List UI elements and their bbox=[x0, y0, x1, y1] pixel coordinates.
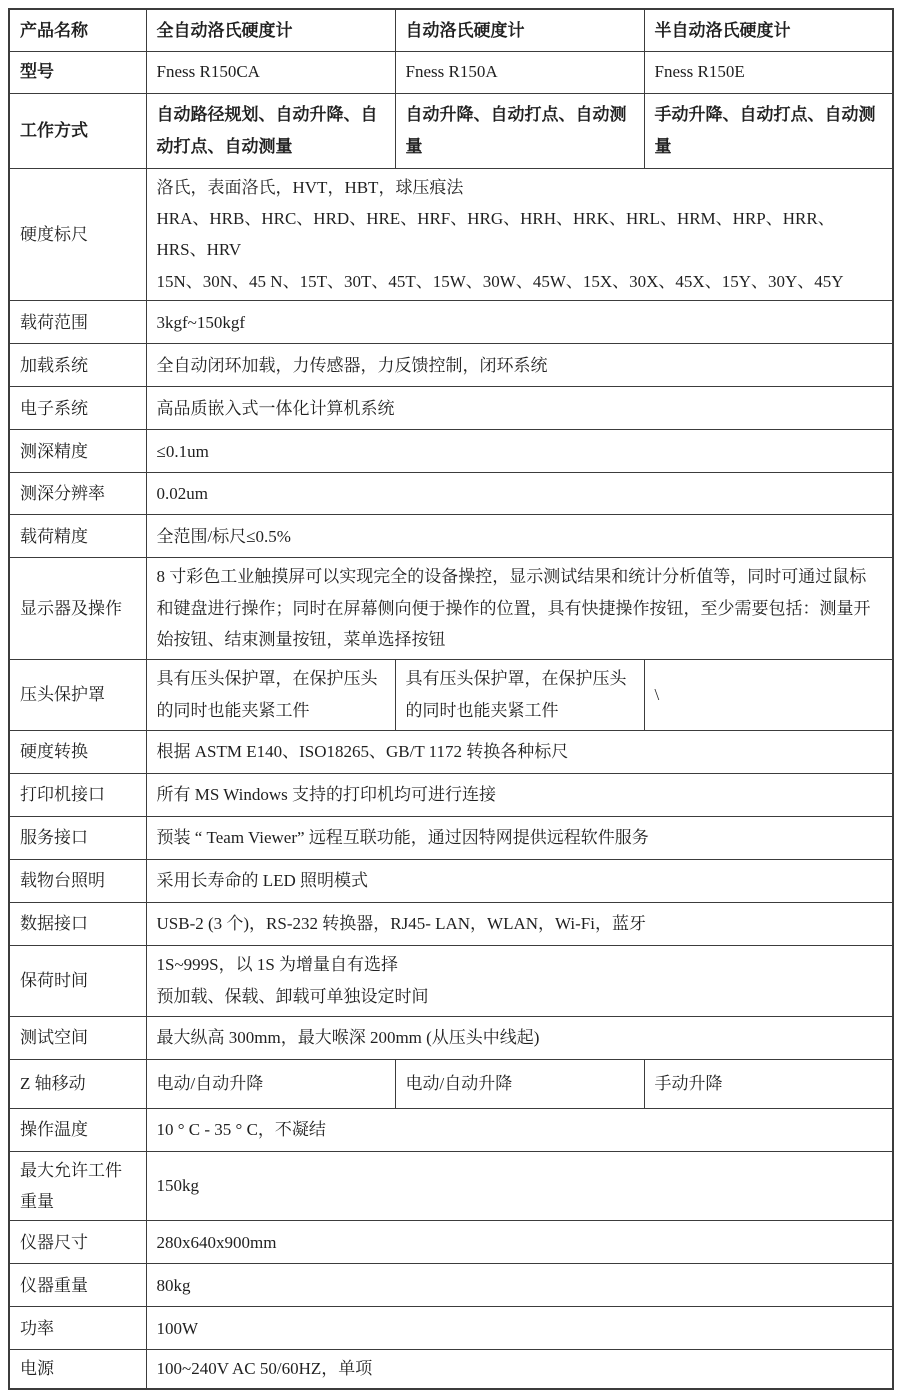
spec-cell: 预装 “ Team Viewer” 远程互联功能，通过因特网提供远程软件服务 bbox=[146, 816, 893, 859]
row-label: 显示器及操作 bbox=[9, 558, 146, 659]
row-power-supply: 电源 100~240V AC 50/60HZ，单项 bbox=[9, 1350, 893, 1389]
row-service-interface: 服务接口 预装 “ Team Viewer” 远程互联功能，通过因特网提供远程软… bbox=[9, 816, 893, 859]
spec-cell: 电动/自动升降 bbox=[395, 1059, 644, 1108]
row-label: 硬度标尺 bbox=[9, 168, 146, 301]
row-label: 仪器尺寸 bbox=[9, 1221, 146, 1264]
spec-cell: 手动升降、自动打点、自动测量 bbox=[644, 93, 893, 168]
row-printer-interface: 打印机接口 所有 MS Windows 支持的打印机均可进行连接 bbox=[9, 773, 893, 816]
row-label: 电子系统 bbox=[9, 387, 146, 430]
spec-cell: 手动升降 bbox=[644, 1059, 893, 1108]
row-product-name: 产品名称 全自动洛氏硬度计 自动洛氏硬度计 半自动洛氏硬度计 bbox=[9, 9, 893, 51]
spec-cell: 自动路径规划、自动升降、自动打点、自动测量 bbox=[146, 93, 395, 168]
row-label: 工作方式 bbox=[9, 93, 146, 168]
row-operating-temperature: 操作温度 10 ° C - 35 ° C，不凝结 bbox=[9, 1108, 893, 1151]
spec-cell: 80kg bbox=[146, 1264, 893, 1307]
row-load-range: 载荷范围 3kgf~150kgf bbox=[9, 301, 893, 344]
row-label: 加载系统 bbox=[9, 344, 146, 387]
row-load-accuracy: 载荷精度 全范围/标尺≤0.5% bbox=[9, 515, 893, 558]
row-model: 型号 Fness R150CA Fness R150A Fness R150E bbox=[9, 51, 893, 93]
row-label: 载荷精度 bbox=[9, 515, 146, 558]
row-indenter-guard: 压头保护罩 具有压头保护罩，在保护压头的同时也能夹紧工件 具有压头保护罩，在保护… bbox=[9, 659, 893, 730]
row-label: 功率 bbox=[9, 1307, 146, 1350]
spec-cell: 高品质嵌入式一体化计算机系统 bbox=[146, 387, 893, 430]
row-label: 保荷时间 bbox=[9, 945, 146, 1016]
spec-cell: 所有 MS Windows 支持的打印机均可进行连接 bbox=[146, 773, 893, 816]
spec-cell: \ bbox=[644, 659, 893, 730]
row-label: 仪器重量 bbox=[9, 1264, 146, 1307]
row-label: 测深精度 bbox=[9, 430, 146, 473]
spec-cell: 0.02um bbox=[146, 473, 893, 515]
spec-cell: ≤0.1um bbox=[146, 430, 893, 473]
row-label: 服务接口 bbox=[9, 816, 146, 859]
spec-cell: 根据 ASTM E140、ISO18265、GB/T 1172 转换各种标尺 bbox=[146, 730, 893, 773]
spec-cell: Fness R150E bbox=[644, 51, 893, 93]
spec-cell: 280x640x900mm bbox=[146, 1221, 893, 1264]
spec-cell: 100W bbox=[146, 1307, 893, 1350]
row-label: 产品名称 bbox=[9, 9, 146, 51]
row-label: 电源 bbox=[9, 1350, 146, 1389]
spec-cell: 电动/自动升降 bbox=[146, 1059, 395, 1108]
spec-cell: 1S~999S，以 1S 为增量自有选择 预加载、保载、卸载可单独设定时间 bbox=[146, 945, 893, 1016]
spec-cell: 8 寸彩色工业触摸屏可以实现完全的设备操控，显示测试结果和统计分析值等，同时可通… bbox=[146, 558, 893, 659]
row-max-workpiece-weight: 最大允许工件重量 150kg bbox=[9, 1151, 893, 1221]
spec-cell: 10 ° C - 35 ° C，不凝结 bbox=[146, 1108, 893, 1151]
spec-cell: 全自动洛氏硬度计 bbox=[146, 9, 395, 51]
row-power: 功率 100W bbox=[9, 1307, 893, 1350]
row-depth-accuracy: 测深精度 ≤0.1um bbox=[9, 430, 893, 473]
row-label: 测深分辨率 bbox=[9, 473, 146, 515]
row-hardness-scales: 硬度标尺 洛氏，表面洛氏，HVT，HBT，球压痕法 HRA、HRB、HRC、HR… bbox=[9, 168, 893, 301]
row-label: 载物台照明 bbox=[9, 859, 146, 902]
spec-cell: 全自动闭环加载，力传感器，力反馈控制，闭环系统 bbox=[146, 344, 893, 387]
spec-cell: 具有压头保护罩，在保护压头的同时也能夹紧工件 bbox=[395, 659, 644, 730]
row-data-interface: 数据接口 USB-2 (3 个)，RS-232 转换器，RJ45- LAN，WL… bbox=[9, 902, 893, 945]
row-label: 硬度转换 bbox=[9, 730, 146, 773]
spec-table: 产品名称 全自动洛氏硬度计 自动洛氏硬度计 半自动洛氏硬度计 型号 Fness … bbox=[8, 8, 894, 1390]
row-label: Z 轴移动 bbox=[9, 1059, 146, 1108]
spec-cell: 全范围/标尺≤0.5% bbox=[146, 515, 893, 558]
spec-cell: 自动升降、自动打点、自动测量 bbox=[395, 93, 644, 168]
spec-cell: 洛氏，表面洛氏，HVT，HBT，球压痕法 HRA、HRB、HRC、HRD、HRE… bbox=[146, 168, 893, 301]
row-label: 打印机接口 bbox=[9, 773, 146, 816]
spec-cell: 具有压头保护罩，在保护压头的同时也能夹紧工件 bbox=[146, 659, 395, 730]
row-label: 型号 bbox=[9, 51, 146, 93]
spec-cell: 自动洛氏硬度计 bbox=[395, 9, 644, 51]
row-hardness-conversion: 硬度转换 根据 ASTM E140、ISO18265、GB/T 1172 转换各… bbox=[9, 730, 893, 773]
spec-cell: Fness R150A bbox=[395, 51, 644, 93]
spec-cell: USB-2 (3 个)，RS-232 转换器，RJ45- LAN，WLAN，Wi… bbox=[146, 902, 893, 945]
row-display-operation: 显示器及操作 8 寸彩色工业触摸屏可以实现完全的设备操控，显示测试结果和统计分析… bbox=[9, 558, 893, 659]
row-label: 最大允许工件重量 bbox=[9, 1151, 146, 1221]
row-test-space: 测试空间 最大纵高 300mm，最大喉深 200mm (从压头中线起) bbox=[9, 1016, 893, 1059]
spec-cell: 采用长寿命的 LED 照明模式 bbox=[146, 859, 893, 902]
row-stage-lighting: 载物台照明 采用长寿命的 LED 照明模式 bbox=[9, 859, 893, 902]
spec-cell: 3kgf~150kgf bbox=[146, 301, 893, 344]
spec-cell: 150kg bbox=[146, 1151, 893, 1221]
spec-cell: 半自动洛氏硬度计 bbox=[644, 9, 893, 51]
row-instrument-weight: 仪器重量 80kg bbox=[9, 1264, 893, 1307]
row-instrument-dimensions: 仪器尺寸 280x640x900mm bbox=[9, 1221, 893, 1264]
row-dwell-time: 保荷时间 1S~999S，以 1S 为增量自有选择 预加载、保载、卸载可单独设定… bbox=[9, 945, 893, 1016]
row-label: 数据接口 bbox=[9, 902, 146, 945]
row-label: 测试空间 bbox=[9, 1016, 146, 1059]
page: 产品名称 全自动洛氏硬度计 自动洛氏硬度计 半自动洛氏硬度计 型号 Fness … bbox=[0, 0, 900, 1370]
row-label: 压头保护罩 bbox=[9, 659, 146, 730]
row-label: 载荷范围 bbox=[9, 301, 146, 344]
row-label: 操作温度 bbox=[9, 1108, 146, 1151]
row-electronic-system: 电子系统 高品质嵌入式一体化计算机系统 bbox=[9, 387, 893, 430]
spec-cell: 最大纵高 300mm，最大喉深 200mm (从压头中线起) bbox=[146, 1016, 893, 1059]
row-depth-resolution: 测深分辨率 0.02um bbox=[9, 473, 893, 515]
row-loading-system: 加载系统 全自动闭环加载，力传感器，力反馈控制，闭环系统 bbox=[9, 344, 893, 387]
spec-cell: 100~240V AC 50/60HZ，单项 bbox=[146, 1350, 893, 1389]
row-z-axis-movement: Z 轴移动 电动/自动升降 电动/自动升降 手动升降 bbox=[9, 1059, 893, 1108]
row-working-mode: 工作方式 自动路径规划、自动升降、自动打点、自动测量 自动升降、自动打点、自动测… bbox=[9, 93, 893, 168]
spec-cell: Fness R150CA bbox=[146, 51, 395, 93]
